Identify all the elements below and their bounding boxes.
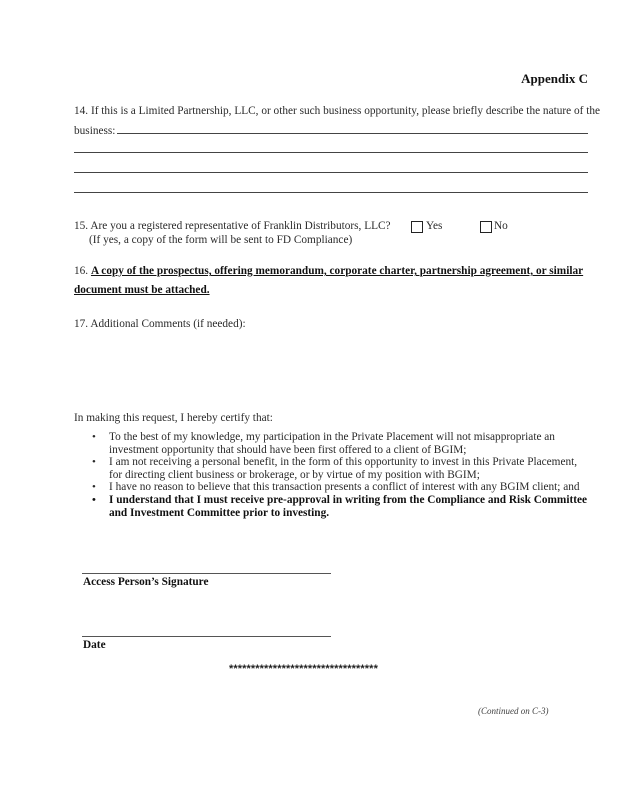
q17-comments-area[interactable] [74,335,588,395]
q14-text: 14. If this is a Limited Partnership, LL… [74,105,600,117]
certify-item: •I have no reason to believe that this t… [90,481,590,494]
date-label: Date [83,639,106,651]
q15-question: 15. Are you a registered representative … [74,220,391,232]
bullet-icon: • [92,431,96,444]
q16-requirement: A copy of the prospectus, offering memor… [91,265,583,277]
signature-field[interactable] [82,573,331,574]
certify-item: •I am not receiving a personal benefit, … [90,456,590,481]
separator: ********************************** [229,663,378,675]
q16-number: 16. [74,265,88,277]
no-label: No [494,220,508,232]
certify-item: •To the best of my knowledge, my partici… [90,431,590,456]
q16-requirement-cont: document must be attached. [74,284,210,296]
q14-business-field-line-2[interactable] [74,152,588,153]
q15-note: (If yes, a copy of the form will be sent… [89,234,352,246]
certify-list: •To the best of my knowledge, my partici… [90,431,590,519]
certify-intro: In making this request, I hereby certify… [74,412,273,424]
q17-label: 17. Additional Comments (if needed): [74,318,246,330]
date-field[interactable] [82,636,331,637]
yes-checkbox[interactable] [411,221,423,233]
certify-item: •I understand that I must receive pre-ap… [90,494,590,519]
no-checkbox[interactable] [480,221,492,233]
bullet-icon: • [92,456,96,469]
q14-business-field-line-4[interactable] [74,192,588,193]
bullet-icon: • [92,481,96,494]
q16-text: 16. A copy of the prospectus, offering m… [74,265,583,277]
q14-business-field-line-3[interactable] [74,172,588,173]
signature-label: Access Person’s Signature [83,576,209,588]
q14-business-field[interactable] [117,133,588,134]
appendix-heading: Appendix C [521,71,588,87]
yes-label: Yes [426,220,442,232]
q14-business-label: business: [74,125,115,137]
continued-note: (Continued on C-3) [478,706,549,716]
bullet-icon: • [92,494,96,507]
